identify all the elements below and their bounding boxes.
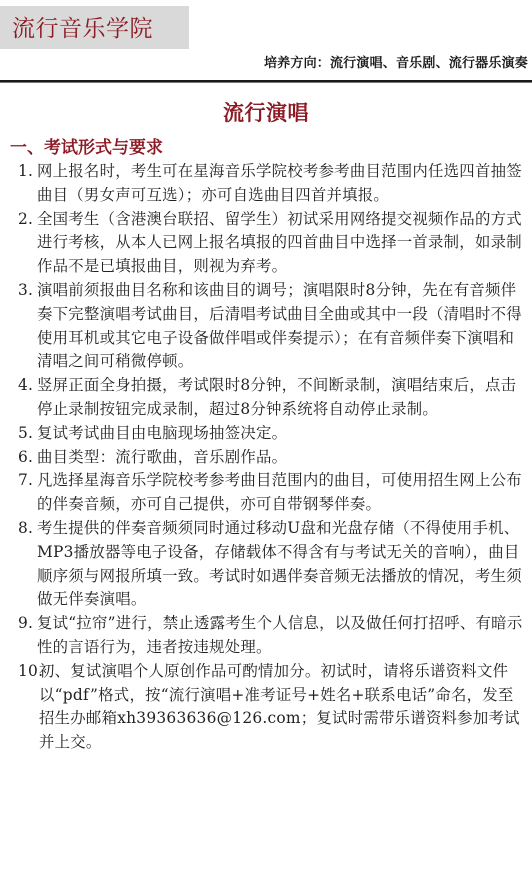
list-item: 1. 网上报名时，考生可在星海音乐学院校考参考曲目范围内任选四首抽签曲目（男女声… [0,160,532,208]
list-item: 7. 凡选择星海音乐学院校考参考曲目范围内的曲目，可使用招生网上公布的伴奏音频，… [0,469,532,517]
item-text: 复试“拉帘”进行，禁止透露考生个人信息，以及做任何打招呼、有暗示性的言语行为，违… [37,614,522,656]
item-text: 凡选择星海音乐学院校考参考曲目范围内的曲目，可使用招生网上公布的伴奏音频，亦可自… [37,471,522,513]
item-text: 全国考生（含港澳台联招、留学生）初试采用网络提交视频作品的方式进行考核，从本人已… [37,210,522,276]
item-text: 演唱前须报曲目名称和该曲目的调号；演唱限时8分钟，先在有音频伴奏下完整演唱考试曲… [37,281,522,370]
brand-banner: 流行音乐学院 [0,6,189,49]
item-number: 6. [18,446,33,470]
item-number: 8. [18,517,33,541]
list-item: 9. 复试“拉帘”进行，禁止透露考生个人信息，以及做任何打招呼、有暗示性的言语行… [0,612,532,660]
item-number: 1. [18,160,33,184]
page-title: 流行演唱 [0,100,532,126]
list-item: 8. 考生提供的伴奏音频须同时通过移动U盘和光盘存储（不得使用手机、MP3播放器… [0,517,532,612]
item-number: 7. [18,469,33,493]
requirements-list: 1. 网上报名时，考生可在星海音乐学院校考参考曲目范围内任选四首抽签曲目（男女声… [0,160,532,755]
section-heading: 一、考试形式与要求 [10,137,163,159]
item-number: 5. [18,422,33,446]
list-item: 6. 曲目类型：流行歌曲，音乐剧作品。 [0,446,532,470]
item-number: 4. [18,374,33,398]
item-number: 2. [18,208,33,232]
item-text: 网上报名时，考生可在星海音乐学院校考参考曲目范围内任选四首抽签曲目（男女声可互选… [37,162,522,204]
list-item: 5. 复试考试曲目由电脑现场抽签决定。 [0,422,532,446]
item-text: 考生提供的伴奏音频须同时通过移动U盘和光盘存储（不得使用手机、MP3播放器等电子… [37,519,522,608]
training-direction: 培养方向：流行演唱、音乐剧、流行器乐演奏 [264,55,528,73]
item-text: 复试考试曲目由电脑现场抽签决定。 [37,424,287,442]
item-text: 曲目类型：流行歌曲，音乐剧作品。 [37,448,287,466]
header-divider [0,80,532,83]
list-item: 10. 初、复试演唱个人原创作品可酌情加分。初试时，请将乐谱资料文件以“pdf”… [0,660,532,755]
brand-title: 流行音乐学院 [12,15,153,43]
list-item: 3. 演唱前须报曲目名称和该曲目的调号；演唱限时8分钟，先在有音频伴奏下完整演唱… [0,279,532,374]
item-text: 竖屏正面全身拍摄，考试限时8分钟，不间断录制，演唱结束后，点击停止录制按钮完成录… [37,376,516,418]
item-number: 10. [18,660,43,684]
list-item: 4. 竖屏正面全身拍摄，考试限时8分钟，不间断录制，演唱结束后，点击停止录制按钮… [0,374,532,422]
item-number: 3. [18,279,33,303]
list-item: 2. 全国考生（含港澳台联招、留学生）初试采用网络提交视频作品的方式进行考核，从… [0,208,532,279]
item-text: 初、复试演唱个人原创作品可酌情加分。初试时，请将乐谱资料文件以“pdf”格式，按… [39,662,520,751]
item-number: 9. [18,612,33,636]
